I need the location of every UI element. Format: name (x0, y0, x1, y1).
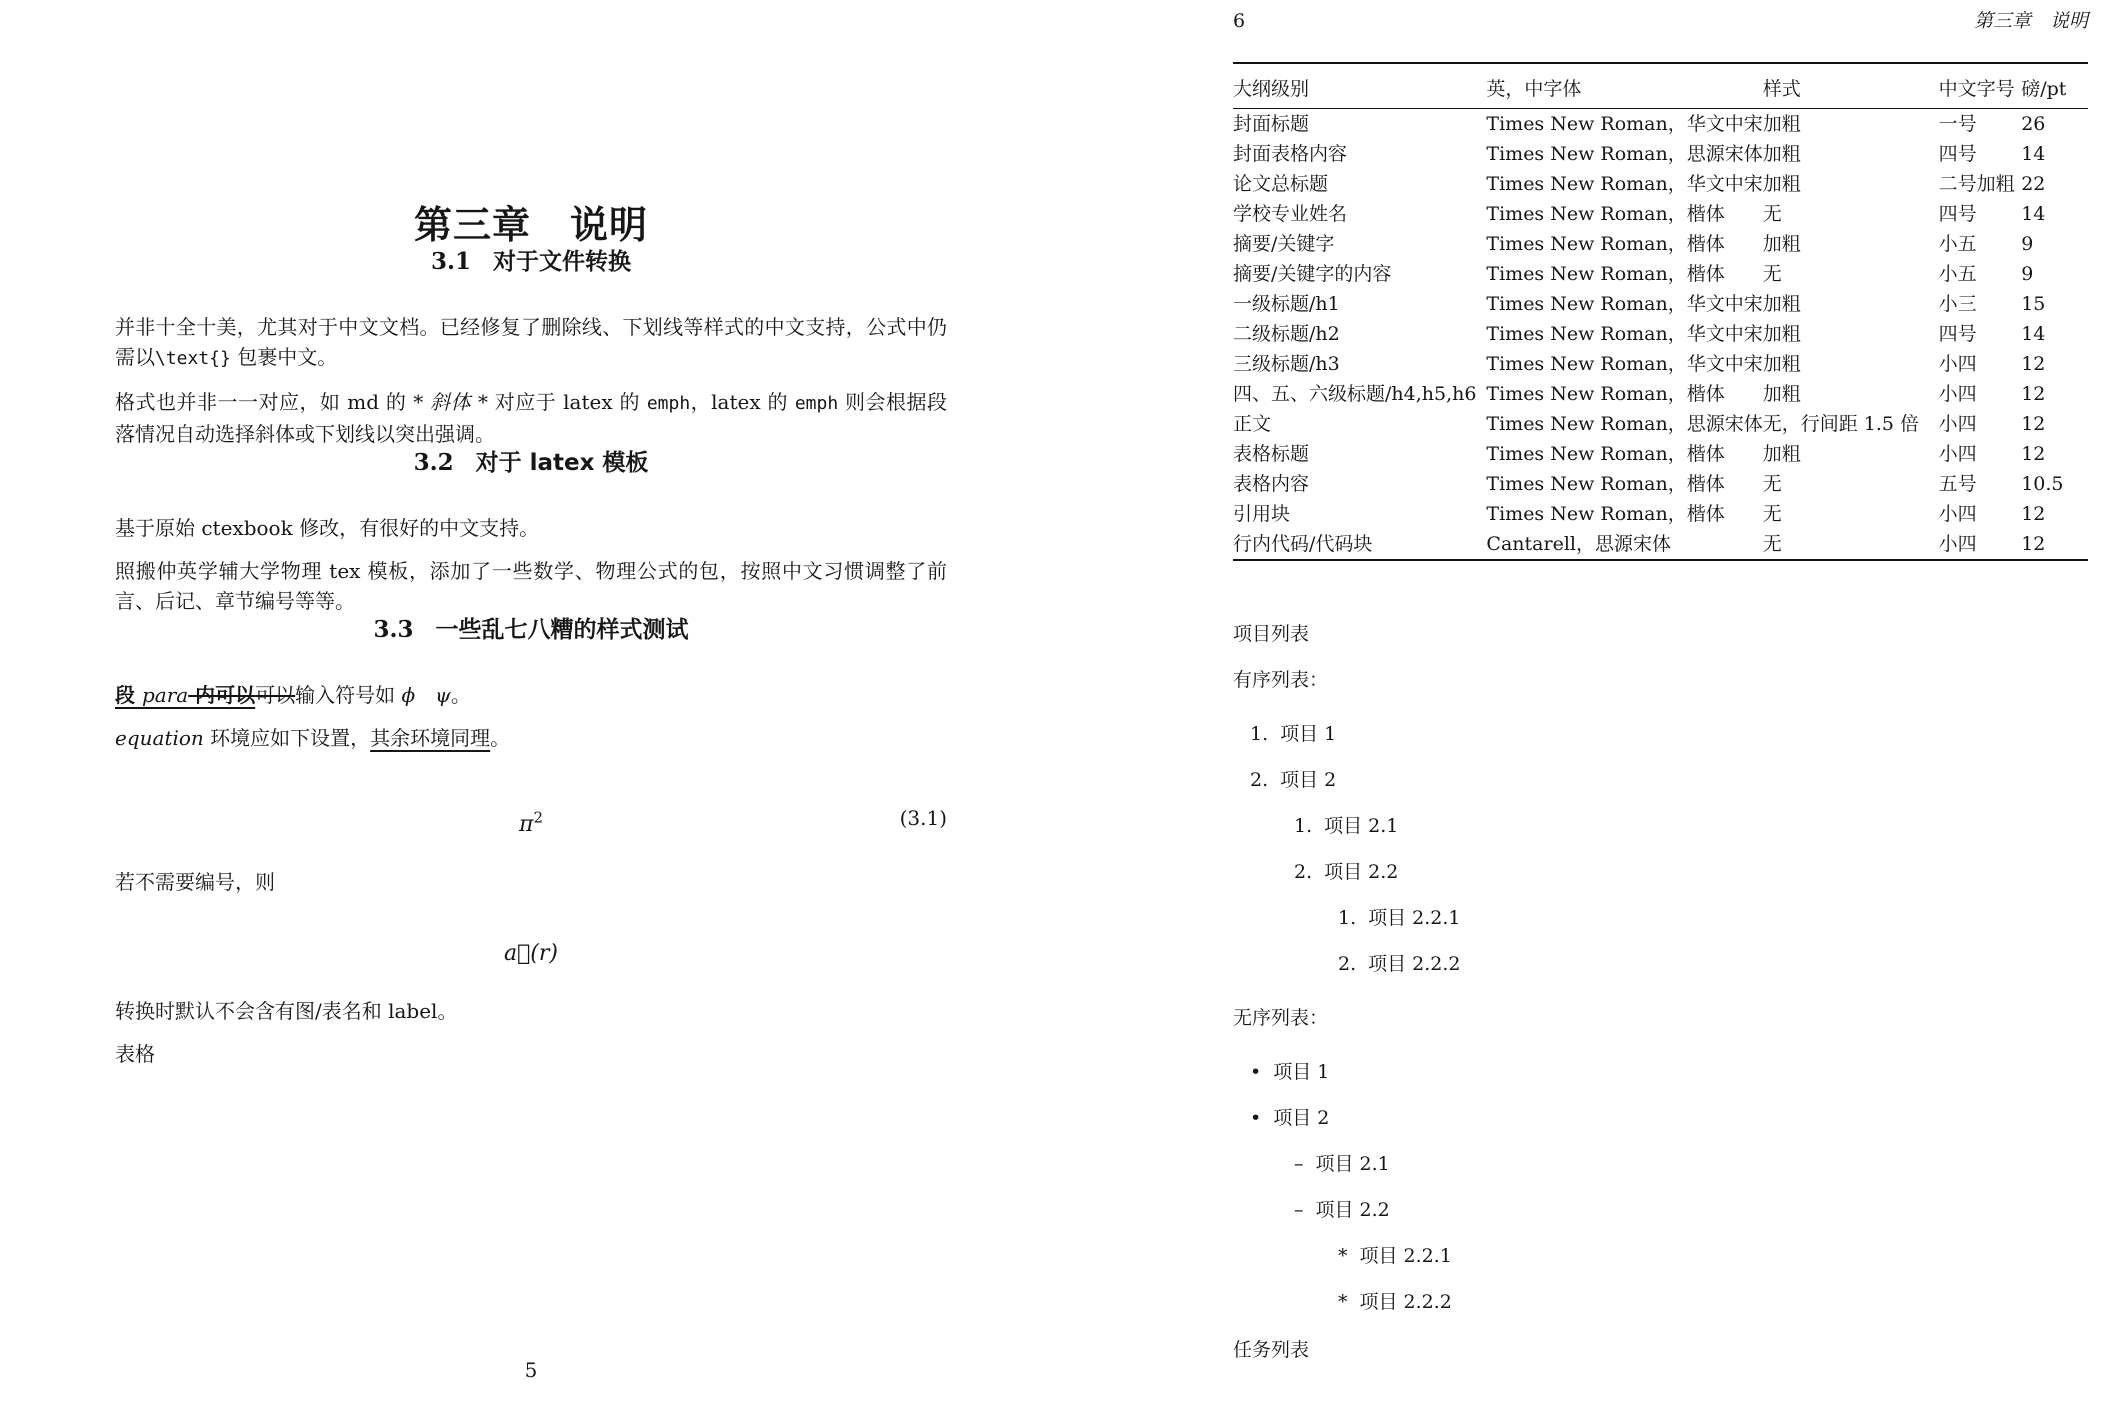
table-row: 摘要/关键字的内容 Times New Roman，楷体 无 小五 9 (1233, 259, 2088, 289)
cell-size: 小四 (1939, 529, 2022, 560)
list-item: 1.项目 2.2.1 (1233, 905, 2088, 931)
cell-size: 四号 (1939, 319, 2022, 349)
cell-pt: 14 (2021, 319, 2088, 349)
text-run: 。 (451, 683, 471, 707)
list-item-label: 项目 2 (1273, 1107, 1329, 1129)
list-marker: • (1250, 1059, 1261, 1085)
text-run: * 对应于 latex 的 (471, 390, 647, 414)
list-item-label: 项目 2.2.2 (1360, 1291, 1452, 1313)
cell-pt: 12 (2021, 349, 2088, 379)
cell-size: 小四 (1939, 499, 2022, 529)
paragraph: 基于原始 ctexbook 修改，有很好的中文支持。 (115, 513, 947, 543)
chapter-title: 第三章 说明 (115, 202, 947, 248)
list-marker: 1. (1294, 813, 1312, 839)
cell-style: 无 (1763, 499, 1939, 529)
text-run: ，latex 的 (690, 390, 795, 414)
cell-style: 无 (1763, 469, 1939, 499)
paragraph: 若不需要编号，则 (115, 867, 947, 897)
table-row: 学校专业姓名 Times New Roman，楷体 无 四号 14 (1233, 199, 2088, 229)
cell-size: 二号加粗 (1939, 169, 2022, 199)
cell-pt: 9 (2021, 259, 2088, 289)
cell-style: 加粗 (1763, 109, 1939, 140)
font-spec-table: 大纲级别 英，中字体 样式 中文字号 磅/pt 封面标题 Times New R… (1233, 62, 2088, 561)
cell-level: 摘要/关键字的内容 (1233, 259, 1486, 289)
list-item: 1.项目 2.1 (1233, 813, 2088, 839)
section-heading-3-2: 3.2对于 latex 模板 (115, 449, 947, 477)
list-marker: – (1294, 1151, 1304, 1177)
cell-size: 四号 (1939, 139, 2022, 169)
cell-style: 加粗 (1763, 289, 1939, 319)
cell-pt: 12 (2021, 499, 2088, 529)
list-marker: – (1294, 1197, 1304, 1223)
cell-level: 封面表格内容 (1233, 139, 1486, 169)
list-item: 2.项目 2.2 (1233, 859, 2088, 885)
cell-size: 小四 (1939, 409, 2022, 439)
cell-level: 论文总标题 (1233, 169, 1486, 199)
page-header: 6 第三章 说明 (1233, 0, 2088, 34)
cell-fonts: Times New Roman，思源宋体 (1486, 409, 1762, 439)
italic-underline-run: para (142, 683, 188, 707)
page-number-right: 6 (1233, 8, 1245, 34)
table-row: 二级标题/h2 Times New Roman，华文中宋 加粗 四号 14 (1233, 319, 2088, 349)
table-row: 四、五、六级标题/h4,h5,h6 Times New Roman，楷体 加粗 … (1233, 379, 2088, 409)
list-item: 2.项目 2.2.2 (1233, 951, 2088, 977)
col-header-style: 样式 (1763, 63, 1939, 109)
list-item-label: 项目 2.2 (1316, 1199, 1390, 1221)
cell-level: 二级标题/h2 (1233, 319, 1486, 349)
label-item-list: 项目列表 (1233, 621, 2088, 647)
cell-fonts: Times New Roman，华文中宋 (1486, 349, 1762, 379)
cell-style: 加粗 (1763, 439, 1939, 469)
italic-run: equation (115, 726, 204, 750)
list-item: 1.项目 1 (1233, 721, 2088, 747)
list-item-label: 项目 2.2.1 (1360, 1245, 1452, 1267)
cell-size: 小三 (1939, 289, 2022, 319)
text-run: 。 (490, 726, 510, 750)
cell-pt: 22 (2021, 169, 2088, 199)
label-ordered-list: 有序列表： (1233, 667, 2088, 693)
list-item: –项目 2.2 (1233, 1197, 2088, 1223)
cell-fonts: Times New Roman，楷体 (1486, 439, 1762, 469)
equation-body: a⃗(r) (504, 941, 558, 966)
list-item: –项目 2.1 (1233, 1151, 2088, 1177)
cell-pt: 12 (2021, 379, 2088, 409)
cell-style: 加粗 (1763, 319, 1939, 349)
bold-strike-underline-run: 内可以 (188, 683, 255, 707)
list-item: •项目 1 (1233, 1059, 2088, 1085)
list-item: *项目 2.2.2 (1233, 1289, 2088, 1315)
section-title: 一些乱七八糟的样式测试 (436, 617, 689, 643)
table-header-row: 大纲级别 英，中字体 样式 中文字号 磅/pt (1233, 63, 2088, 109)
cell-pt: 12 (2021, 409, 2088, 439)
text-run: 输入符号如 (295, 683, 401, 707)
equation-number: (3.1) (900, 801, 947, 835)
cell-size: 五号 (1939, 469, 2022, 499)
left-page: 第三章 说明 3.1对于文件转换 并非十全十美，尤其对于中文文档。已经修复了删除… (115, 0, 947, 1408)
cell-style: 无 (1763, 199, 1939, 229)
math-symbol-psi: ψ (435, 683, 451, 707)
cell-level: 表格内容 (1233, 469, 1486, 499)
italic-run: 斜体 (430, 390, 471, 414)
list-item-label: 项目 2.1 (1316, 1153, 1390, 1175)
section-heading-3-3: 3.3一些乱七八糟的样式测试 (115, 616, 947, 644)
section-number: 3.3 (373, 616, 413, 643)
list-item-label: 项目 2.1 (1324, 815, 1398, 837)
cell-fonts: Times New Roman，华文中宋 (1486, 109, 1762, 140)
cell-pt: 9 (2021, 229, 2088, 259)
table-row: 封面表格内容 Times New Roman，思源宋体 加粗 四号 14 (1233, 139, 2088, 169)
cell-fonts: Times New Roman，思源宋体 (1486, 139, 1762, 169)
cell-level: 行内代码/代码块 (1233, 529, 1486, 560)
table-row: 一级标题/h1 Times New Roman，华文中宋 加粗 小三 15 (1233, 289, 2088, 319)
ordered-list: 1.项目 12.项目 21.项目 2.12.项目 2.21.项目 2.2.12.… (1233, 721, 2088, 977)
label-task-list: 任务列表 (1233, 1337, 2088, 1363)
cell-pt: 14 (2021, 139, 2088, 169)
section-title: 对于文件转换 (493, 249, 631, 275)
list-marker: 2. (1250, 767, 1268, 793)
cell-level: 封面标题 (1233, 109, 1486, 140)
text-run: 格式也并非一一对应，如 md 的 * (115, 390, 430, 414)
cell-level: 正文 (1233, 409, 1486, 439)
cell-pt: 26 (2021, 109, 2088, 140)
list-item-label: 项目 1 (1280, 723, 1336, 745)
cell-size: 小五 (1939, 229, 2022, 259)
label-unordered-list: 无序列表： (1233, 1005, 2088, 1031)
cell-level: 表格标题 (1233, 439, 1486, 469)
cell-style: 加粗 (1763, 169, 1939, 199)
cell-level: 引用块 (1233, 499, 1486, 529)
cell-level: 三级标题/h3 (1233, 349, 1486, 379)
list-marker: 2. (1338, 951, 1356, 977)
cell-level: 摘要/关键字 (1233, 229, 1486, 259)
list-item-label: 项目 2.2.1 (1368, 907, 1460, 929)
cell-fonts: Times New Roman，楷体 (1486, 469, 1762, 499)
cell-fonts: Times New Roman，华文中宋 (1486, 169, 1762, 199)
text-run: 环境应如下设置， (204, 726, 370, 750)
cell-size: 小四 (1939, 439, 2022, 469)
right-page: 6 第三章 说明 大纲级别 英，中字体 样式 中文字号 磅/pt 封面标题 Ti… (1233, 0, 2088, 1408)
equation-body: π2 (519, 812, 543, 837)
table-row: 引用块 Times New Roman，楷体 无 小四 12 (1233, 499, 2088, 529)
unordered-list: •项目 1•项目 2–项目 2.1–项目 2.2*项目 2.2.1*项目 2.2… (1233, 1059, 2088, 1315)
cell-fonts: Times New Roman，楷体 (1486, 259, 1762, 289)
paragraph: 并非十全十美，尤其对于中文文档。已经修复了删除线、下划线等样式的中文支持，公式中… (115, 312, 947, 374)
cell-style: 加粗 (1763, 349, 1939, 379)
cell-fonts: Times New Roman，楷体 (1486, 199, 1762, 229)
list-item: •项目 2 (1233, 1105, 2088, 1131)
paragraph: 表格 (115, 1039, 947, 1069)
cell-style: 无，行间距 1.5 倍 (1763, 409, 1939, 439)
math-symbol-phi: ϕ (402, 683, 416, 707)
paragraph: 格式也并非一一对应，如 md 的 * 斜体 * 对应于 latex 的 emph… (115, 387, 947, 449)
table-row: 表格内容 Times New Roman，楷体 无 五号 10.5 (1233, 469, 2088, 499)
list-item-label: 项目 1 (1273, 1061, 1329, 1083)
cell-pt: 14 (2021, 199, 2088, 229)
table-row: 表格标题 Times New Roman，楷体 加粗 小四 12 (1233, 439, 2088, 469)
section-number: 3.2 (414, 449, 454, 476)
cell-level: 学校专业姓名 (1233, 199, 1486, 229)
text-run (415, 683, 435, 707)
equation-vector-a: a⃗(r) (115, 937, 947, 971)
table-row: 正文 Times New Roman，思源宋体 无，行间距 1.5 倍 小四 1… (1233, 409, 2088, 439)
section-number: 3.1 (431, 248, 471, 275)
col-header-level: 大纲级别 (1233, 63, 1486, 109)
col-header-pt: 磅/pt (2021, 63, 2088, 109)
table-row: 摘要/关键字 Times New Roman，楷体 加粗 小五 9 (1233, 229, 2088, 259)
section-heading-3-1: 3.1对于文件转换 (115, 248, 947, 276)
math-superscript: 2 (533, 809, 543, 827)
cell-level: 四、五、六级标题/h4,h5,h6 (1233, 379, 1486, 409)
list-marker: • (1250, 1105, 1261, 1131)
cell-fonts: Times New Roman，楷体 (1486, 499, 1762, 529)
table-row: 封面标题 Times New Roman，华文中宋 加粗 一号 26 (1233, 109, 2088, 140)
paragraph: 转换时默认不会含有图/表名和 label。 (115, 996, 947, 1026)
cell-style: 加粗 (1763, 379, 1939, 409)
cell-style: 加粗 (1763, 139, 1939, 169)
cell-size: 小五 (1939, 259, 2022, 289)
section-title: 对于 latex 模板 (476, 450, 649, 476)
cell-pt: 12 (2021, 529, 2088, 560)
inline-code: emph (647, 393, 690, 414)
paragraph-style-test: 段 para 内可以可以输入符号如 ϕ ψ。 (115, 680, 947, 710)
page-number-left: 5 (115, 1358, 947, 1382)
inline-code: emph (795, 393, 838, 414)
col-header-size: 中文字号 (1939, 63, 2022, 109)
cell-pt: 15 (2021, 289, 2088, 319)
math-symbol-pi: π (519, 812, 533, 837)
list-marker: 2. (1294, 859, 1312, 885)
list-marker: * (1338, 1289, 1348, 1315)
cell-style: 加粗 (1763, 229, 1939, 259)
cell-fonts: Times New Roman，楷体 (1486, 379, 1762, 409)
inline-code: \text{} (155, 348, 231, 369)
list-marker: * (1338, 1243, 1348, 1269)
list-item: *项目 2.2.1 (1233, 1243, 2088, 1269)
cell-fonts: Cantarell，思源宋体 (1486, 529, 1762, 560)
col-header-fonts: 英，中字体 (1486, 63, 1762, 109)
list-item-label: 项目 2.2 (1324, 861, 1398, 883)
cell-pt: 10.5 (2021, 469, 2088, 499)
cell-size: 小四 (1939, 379, 2022, 409)
cell-pt: 12 (2021, 439, 2088, 469)
underline-run: 其余环境同理 (370, 726, 490, 750)
table-row: 三级标题/h3 Times New Roman，华文中宋 加粗 小四 12 (1233, 349, 2088, 379)
list-item-label: 项目 2.2.2 (1368, 953, 1460, 975)
cell-fonts: Times New Roman，楷体 (1486, 229, 1762, 259)
list-item-label: 项目 2 (1280, 769, 1336, 791)
cell-size: 四号 (1939, 199, 2022, 229)
cell-fonts: Times New Roman，华文中宋 (1486, 289, 1762, 319)
running-title: 第三章 说明 (1974, 8, 2088, 34)
equation-pi-squared: π2 (3.1) (115, 801, 947, 842)
list-marker: 1. (1250, 721, 1268, 747)
bold-underline-run: 段 (115, 683, 142, 707)
cell-size: 一号 (1939, 109, 2022, 140)
table-row: 论文总标题 Times New Roman，华文中宋 加粗 二号加粗 22 (1233, 169, 2088, 199)
paragraph: 照搬仲英学辅大学物理 tex 模板，添加了一些数学、物理公式的包，按照中文习惯调… (115, 556, 947, 616)
cell-level: 一级标题/h1 (1233, 289, 1486, 319)
list-item: 2.项目 2 (1233, 767, 2088, 793)
cell-size: 小四 (1939, 349, 2022, 379)
list-marker: 1. (1338, 905, 1356, 931)
paragraph: equation 环境应如下设置，其余环境同理。 (115, 723, 947, 753)
text-run: 包裹中文。 (231, 345, 337, 369)
cell-style: 无 (1763, 529, 1939, 560)
table-row: 行内代码/代码块 Cantarell，思源宋体 无 小四 12 (1233, 529, 2088, 560)
cell-style: 无 (1763, 259, 1939, 289)
strike-run: 可以 (255, 683, 295, 707)
cell-fonts: Times New Roman，华文中宋 (1486, 319, 1762, 349)
